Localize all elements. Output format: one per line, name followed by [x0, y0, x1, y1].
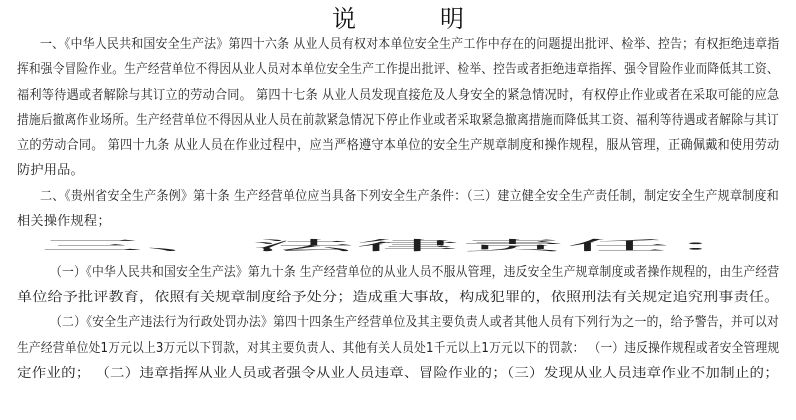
- section-1-line-3: 福利等待遇或者解除与其订立的劳动合同。 第四十七条 从业人员发现直接危及人身安全…: [17, 87, 779, 105]
- section-1-line-5: 立的劳动合同。 第四十九条 从业人员在作业过程中，应当严格遵守本单位的安全生产规…: [17, 137, 779, 155]
- document-title: 说 明: [0, 4, 796, 34]
- section-3-heading: 三、法律责任：: [40, 238, 777, 256]
- section-3-item-2-line-1: （二）《安全生产违法行为行政处罚办法》第四十四条生产经营单位及其主要负责人或者其…: [50, 314, 779, 332]
- section-2-line-1: 二、《贵州省安全生产条例》第十条 生产经营单位应当具备下列安全生产条件：（三）建…: [40, 188, 779, 206]
- section-1-line-2: 挥和强令冒险作业。生产经营单位不得因从业人员对本单位安全生产工作提出批评、检举、…: [17, 61, 779, 79]
- section-3-item-2-line-2: 生产经营单位处1万元以上3万元以下罚款，对其主要负责人、其他有关人员处1千元以上…: [17, 340, 779, 358]
- section-3-item-2-line-3: 定作业的； （二）违章指挥从业人员或者强令从业人员违章、冒险作业的；（三）发现从…: [17, 365, 779, 383]
- section-2-line-2: 相关操作规程；: [17, 213, 111, 231]
- section-1-line-6: 防护用品。: [17, 162, 84, 180]
- section-3-item-1-line-1: （一）《中华人民共和国安全生产法》第九十条 生产经营单位的从业人员不服从管理，违…: [50, 264, 779, 282]
- section-1-line-1: 一、《中华人民共和国安全生产法》第四十六条 从业人员有权对本单位安全生产工作中存…: [40, 36, 779, 54]
- document-page: 说 明 一、《中华人民共和国安全生产法》第四十六条 从业人员有权对本单位安全生产…: [0, 0, 796, 420]
- section-3-item-1-line-2: 单位给予批评教育，依照有关规章制度给予处分；造成重大事故，构成犯罪的，依照刑法有…: [17, 289, 779, 307]
- section-1-line-4: 措施后撤离作业场所。生产经营单位不得因从业人员在前款紧急情况下停止作业或者采取紧…: [17, 112, 779, 130]
